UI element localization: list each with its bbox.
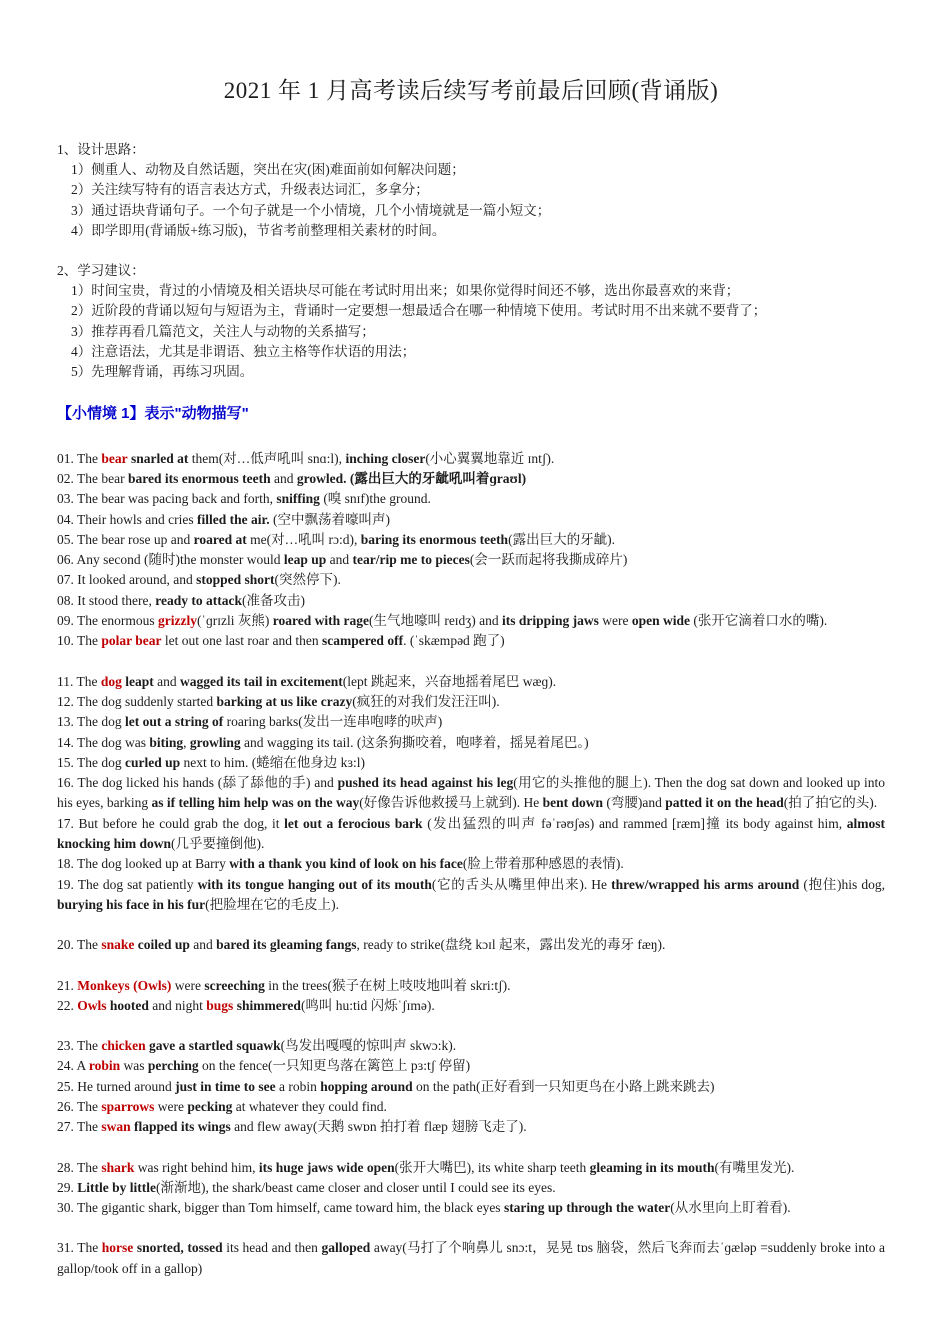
sentence-group: 01. The bear snarled at them(对…低声吼叫 snɑ:…: [57, 449, 885, 652]
sentence-item: 26. The sparrows were pecking at whateve…: [57, 1097, 885, 1117]
sentence-item: 21. Monkeys (Owls) were screeching in th…: [57, 976, 885, 996]
plain-text: in the trees(猴子在树上吱吱地叫着 skri:tʃ).: [265, 978, 511, 993]
section-item: 3）通过语块背诵句子。一个句子就是一个小情境，几个小情境就是一篇小短文；: [71, 201, 885, 221]
bold-phrase: tear/rip me to pieces: [353, 552, 470, 567]
bold-phrase: gleaming in its mouth: [590, 1160, 715, 1175]
intro-section: 2、学习建议：1）时间宝贵，背过的小情境及相关语块尽可能在考试时用出来；如果你觉…: [57, 261, 885, 382]
animal-keyword: horse: [102, 1240, 134, 1255]
plain-text: 28. The: [57, 1160, 101, 1175]
bold-phrase: perching: [148, 1058, 199, 1073]
bold-phrase: bent down: [543, 795, 603, 810]
bold-phrase: biting: [149, 735, 183, 750]
section-heading: 1、设计思路：: [57, 140, 885, 160]
plain-text: (鸣叫 hu:tid 闪烁ˈʃɪmə).: [301, 998, 435, 1013]
section-item: 5）先理解背诵，再练习巩固。: [71, 362, 885, 382]
plain-text: . (ˈskæmpəd 跑了): [403, 633, 505, 648]
bold-phrase: barking at us like crazy: [216, 694, 352, 709]
plain-text: 04. Their howls and cries: [57, 512, 197, 527]
plain-text: on the fence(一只知更鸟落在篱笆上 pɜ:tʃ 停留): [199, 1058, 471, 1073]
bold-phrase: hopping around: [320, 1079, 412, 1094]
plain-text: 15. The dog: [57, 755, 125, 770]
section-item: 4）即学即用(背诵版+练习版)，节省考前整理相关素材的时间。: [71, 221, 885, 241]
bold-phrase: filled the air.: [197, 512, 270, 527]
plain-text: (会一跃而起将我撕成碎片): [470, 552, 628, 567]
plain-text: 10. The: [57, 633, 101, 648]
animal-keyword: Owls: [77, 998, 106, 1013]
plain-text: 03. The bear was pacing back and forth,: [57, 491, 276, 506]
section-item: 1）时间宝贵，背过的小情境及相关语块尽可能在考试时用出来；如果你觉得时间还不够，…: [71, 281, 885, 301]
plain-text: were: [171, 978, 204, 993]
sentence-item: 09. The enormous grizzly(ˈɡrɪzli 灰熊) roa…: [57, 611, 885, 631]
plain-text: were: [599, 613, 632, 628]
plain-text: ,: [183, 735, 190, 750]
sentence-item: 16. The dog licked his hands (舔了舔他的手) an…: [57, 773, 885, 814]
sentence-item: 23. The chicken gave a startled squawk(鸟…: [57, 1036, 885, 1056]
bold-phrase: galloped: [321, 1240, 370, 1255]
bold-phrase: wagged its tail in excitement: [180, 674, 343, 689]
sentence-item: 28. The shark was right behind him, its …: [57, 1158, 885, 1178]
plain-text: 07. It looked around, and: [57, 572, 196, 587]
bold-phrase: open wide: [632, 613, 690, 628]
bold-phrase: its dripping jaws: [502, 613, 599, 628]
bold-phrase: stopped short: [196, 572, 274, 587]
plain-text: 14. The dog was: [57, 735, 149, 750]
sentence-item: 08. It stood there, ready to attack(准备攻击…: [57, 591, 885, 611]
bold-phrase: leap up: [284, 552, 326, 567]
plain-text: (拍了拍它的头).: [784, 795, 877, 810]
scenario-header: 【小情境 1】表示"动物描写": [57, 403, 885, 425]
plain-text: (ˈɡrɪzli 灰熊): [197, 613, 273, 628]
bold-phrase: curled up: [125, 755, 180, 770]
animal-keyword: bugs: [206, 998, 233, 1013]
intro-section: 1、设计思路：1）侧重人、动物及自然话题，突出在灾(困)难面前如何解决问题；2）…: [57, 140, 885, 241]
bold-phrase: flapped its wings: [134, 1119, 231, 1134]
bold-phrase: pecking: [187, 1099, 232, 1114]
sentence-item: 29. Little by little(渐渐地), the shark/bea…: [57, 1178, 885, 1198]
sentence-item: 30. The gigantic shark, bigger than Tom …: [57, 1198, 885, 1218]
animal-keyword: swan: [101, 1119, 130, 1134]
bold-phrase: patted it on the head: [665, 795, 784, 810]
bold-phrase: leapt: [125, 674, 154, 689]
plain-text: 01. The: [57, 451, 101, 466]
plain-text: was: [120, 1058, 148, 1073]
plain-text: on the path(正好看到一只知更鸟在小路上跳来跳去): [413, 1079, 715, 1094]
animal-keyword: Monkeys (Owls): [77, 978, 171, 993]
sentence-item: 05. The bear rose up and roared at me(对……: [57, 530, 885, 550]
plain-text: (准备攻击): [242, 593, 305, 608]
sentence-groups: 01. The bear snarled at them(对…低声吼叫 snɑ:…: [57, 449, 885, 1279]
plain-text: 17. But before he could grab the dog, it: [57, 816, 284, 831]
plain-text: 25. He turned around: [57, 1079, 175, 1094]
sentence-group: 23. The chicken gave a startled squawk(鸟…: [57, 1036, 885, 1137]
plain-text: 27. The: [57, 1119, 101, 1134]
bold-phrase: ready to attack: [155, 593, 242, 608]
section-item: 1）侧重人、动物及自然话题，突出在灾(困)难面前如何解决问题；: [71, 160, 885, 180]
animal-keyword: shark: [101, 1160, 134, 1175]
sentence-item: 19. The dog sat patiently with its tongu…: [57, 875, 885, 916]
plain-text: them(对…低声吼叫 snɑ:l),: [188, 451, 345, 466]
plain-text: next to him. (蜷缩在他身边 kɜ:l): [180, 755, 365, 770]
plain-text: (鸟发出嘎嘎的惊叫声 skwɔ:k).: [281, 1038, 457, 1053]
bold-phrase: roared at: [194, 532, 247, 547]
plain-text: its head and then: [223, 1240, 322, 1255]
bold-phrase: its huge jaws wide open: [259, 1160, 395, 1175]
bold-phrase: sniffing: [276, 491, 320, 506]
plain-text: (lept 跳起来，兴奋地摇着尾巴 wæɡ).: [343, 674, 556, 689]
plain-text: (疯狂的对我们发汪汪叫).: [352, 694, 499, 709]
bold-phrase: staring up through the water: [504, 1200, 670, 1215]
plain-text: (突然停下).: [274, 572, 340, 587]
plain-text: (发出猛烈的叫声 fəˈrəʊʃəs) and rammed [ræm]撞 it…: [423, 816, 847, 831]
intro-sections: 1、设计思路：1）侧重人、动物及自然话题，突出在灾(困)难面前如何解决问题；2）…: [57, 140, 885, 383]
plain-text: 29.: [57, 1180, 77, 1195]
sentence-group: 31. The horse snorted, tossed its head a…: [57, 1238, 885, 1279]
plain-text: 12. The dog suddenly started: [57, 694, 216, 709]
plain-text: 19. The dog sat patiently: [57, 877, 198, 892]
plain-text: (抱住)his dog,: [799, 877, 885, 892]
document-page: 2021 年 1 月高考读后续写考前最后回顾(背诵版) 1、设计思路：1）侧重人…: [0, 0, 942, 1334]
bold-phrase: snorted,: [137, 1240, 184, 1255]
plain-text: 26. The: [57, 1099, 101, 1114]
sentence-group: 20. The snake coiled up and bared its gl…: [57, 935, 885, 955]
sentence-item: 17. But before he could grab the dog, it…: [57, 814, 885, 855]
animal-keyword: polar bear: [101, 633, 161, 648]
bold-phrase: coiled up: [138, 937, 190, 952]
bold-phrase: shimmered: [237, 998, 301, 1013]
section-item-list: 1）时间宝贵，背过的小情境及相关语块尽可能在考试时用出来；如果你觉得时间还不够，…: [57, 281, 885, 382]
plain-text: and: [326, 552, 352, 567]
plain-text: (从水里向上盯着看).: [670, 1200, 790, 1215]
sentence-item: 10. The polar bear let out one last roar…: [57, 631, 885, 651]
section-item-list: 1）侧重人、动物及自然话题，突出在灾(困)难面前如何解决问题；2）关注续写特有的…: [57, 160, 885, 241]
plain-text: 09. The enormous: [57, 613, 158, 628]
bold-phrase: bared its enormous teeth: [128, 471, 271, 486]
plain-text: , ready to strike(盘绕 kɔɪl 起来，露出发光的毒牙 fæŋ…: [357, 937, 666, 952]
animal-keyword: robin: [89, 1058, 120, 1073]
plain-text: roaring barks(发出一连串咆哮的吠声): [223, 714, 442, 729]
plain-text: 30. The gigantic shark, bigger than Tom …: [57, 1200, 504, 1215]
animal-keyword: bear: [101, 451, 127, 466]
plain-text: (有嘴里发光).: [715, 1160, 795, 1175]
plain-text: (把脸埋在它的毛皮上).: [205, 897, 339, 912]
bold-phrase: scampered off: [322, 633, 403, 648]
plain-text: let out one last roar and then: [162, 633, 322, 648]
plain-text: (露出巨大的牙龇).: [508, 532, 615, 547]
plain-text: and: [190, 937, 216, 952]
sentence-group: 21. Monkeys (Owls) were screeching in th…: [57, 976, 885, 1017]
sentence-item: 18. The dog looked up at Barry with a th…: [57, 854, 885, 874]
sentence-item: 13. The dog let out a string of roaring …: [57, 712, 885, 732]
bold-phrase: screeching: [204, 978, 265, 993]
plain-text: 16. The dog licked his hands (舔了舔他的手) an…: [57, 775, 338, 790]
plain-text: were: [154, 1099, 187, 1114]
plain-text: 13. The dog: [57, 714, 125, 729]
sentence-item: 31. The horse snorted, tossed its head a…: [57, 1238, 885, 1279]
plain-text: (空中飘荡着嚎叫声): [270, 512, 390, 527]
sentence-item: 01. The bear snarled at them(对…低声吼叫 snɑ:…: [57, 449, 885, 469]
sentence-item: 07. It looked around, and stopped short(…: [57, 570, 885, 590]
plain-text: (它的舌头从嘴里伸出来). He: [432, 877, 611, 892]
bold-phrase: hooted: [110, 998, 149, 1013]
bold-phrase: threw/wrapped his arms around: [611, 877, 799, 892]
plain-text: (生气地嚎叫 reɪdʒ) and: [369, 613, 502, 628]
document-title: 2021 年 1 月高考读后续写考前最后回顾(背诵版): [57, 76, 885, 106]
bold-phrase: burying his face in his fur: [57, 897, 205, 912]
section-item: 3）推荐再看几篇范文，关注人与动物的关系描写；: [71, 322, 885, 342]
animal-keyword: chicken: [101, 1038, 145, 1053]
sentence-item: 11. The dog leapt and wagged its tail in…: [57, 672, 885, 692]
bold-phrase: growled. (露出巨大的牙龇吼叫着ɡraʊl): [297, 471, 526, 486]
plain-text: 21.: [57, 978, 77, 993]
bold-phrase: snarled at: [131, 451, 188, 466]
section-item: 2）关注续写特有的语言表达方式，升级表达词汇，多拿分；: [71, 180, 885, 200]
plain-text: 11. The: [57, 674, 101, 689]
sentence-item: 03. The bear was pacing back and forth, …: [57, 489, 885, 509]
bold-phrase: as if telling him help was on the way: [151, 795, 359, 810]
plain-text: 31. The: [57, 1240, 102, 1255]
bold-phrase: let out a string of: [125, 714, 223, 729]
bold-phrase: growling: [190, 735, 241, 750]
bold-phrase: bared its gleaming fangs: [216, 937, 356, 952]
animal-keyword: grizzly: [158, 613, 197, 628]
plain-text: (好像告诉他救援马上就到). He: [359, 795, 542, 810]
sentence-item: 14. The dog was biting, growling and wag…: [57, 733, 885, 753]
sentence-item: 04. Their howls and cries filled the air…: [57, 510, 885, 530]
sentence-item: 15. The dog curled up next to him. (蜷缩在他…: [57, 753, 885, 773]
plain-text: at whatever they could find.: [232, 1099, 386, 1114]
bold-phrase: just in time to see: [175, 1079, 275, 1094]
sentence-item: 12. The dog suddenly started barking at …: [57, 692, 885, 712]
bold-phrase: inching closer: [345, 451, 425, 466]
plain-text: 08. It stood there,: [57, 593, 155, 608]
sentence-group: 11. The dog leapt and wagged its tail in…: [57, 672, 885, 916]
plain-text: 23. The: [57, 1038, 101, 1053]
plain-text: 02. The bear: [57, 471, 128, 486]
plain-text: (脸上带着那种感恩的表情).: [463, 856, 624, 871]
animal-keyword: snake: [101, 937, 134, 952]
plain-text: 06. Any second (随时)the monster would: [57, 552, 284, 567]
bold-phrase: let out a ferocious bark: [284, 816, 422, 831]
section-heading: 2、学习建议：: [57, 261, 885, 281]
plain-text: and flew away(天鹅 swɒn 拍打着 flæp 翅膀飞走了).: [231, 1119, 527, 1134]
sentence-item: 24. A robin was perching on the fence(一只…: [57, 1056, 885, 1076]
bold-phrase: gave a startled squawk: [149, 1038, 281, 1053]
plain-text: 05. The bear rose up and: [57, 532, 194, 547]
bold-phrase: pushed its head against his leg: [338, 775, 514, 790]
animal-keyword: sparrows: [101, 1099, 154, 1114]
bold-phrase: roared with rage: [273, 613, 369, 628]
sentence-item: 06. Any second (随时)the monster would lea…: [57, 550, 885, 570]
bold-phrase: baring its enormous teeth: [361, 532, 508, 547]
plain-text: a robin: [276, 1079, 321, 1094]
plain-text: 22.: [57, 998, 77, 1013]
plain-text: and: [154, 674, 180, 689]
plain-text: (小心翼翼地靠近 ɪntʃ).: [425, 451, 554, 466]
bold-phrase: with its tongue hanging out of its mouth: [198, 877, 432, 892]
plain-text: me(对…吼叫 rɔ:d),: [247, 532, 361, 547]
plain-text: (嗅 snɪf)the ground.: [320, 491, 431, 506]
plain-text: (张开它滴着口水的嘴).: [690, 613, 827, 628]
bold-phrase: Little by little: [77, 1180, 156, 1195]
sentence-item: 20. The snake coiled up and bared its gl…: [57, 935, 885, 955]
plain-text: and wagging its tail. (这条狗撕咬着，咆哮着，摇晃着尾巴。…: [241, 735, 589, 750]
plain-text: (渐渐地), the shark/beast came closer and c…: [156, 1180, 556, 1195]
section-item: 2）近阶段的背诵以短句与短语为主，背诵时一定要想一想最适合在哪一种情境下使用。考…: [71, 301, 885, 321]
plain-text: and: [271, 471, 297, 486]
sentence-item: 02. The bear bared its enormous teeth an…: [57, 469, 885, 489]
plain-text: was right behind him,: [134, 1160, 259, 1175]
plain-text: 18. The dog looked up at Barry: [57, 856, 229, 871]
plain-text: 24. A: [57, 1058, 89, 1073]
sentence-item: 22. Owls hooted and night bugs shimmered…: [57, 996, 885, 1016]
plain-text: (弯腰)and: [603, 795, 665, 810]
sentence-item: 27. The swan flapped its wings and flew …: [57, 1117, 885, 1137]
sentence-item: 25. He turned around just in time to see…: [57, 1077, 885, 1097]
section-item: 4）注意语法，尤其是非谓语、独立主格等作状语的用法；: [71, 342, 885, 362]
plain-text: 20. The: [57, 937, 101, 952]
plain-text: (几乎要撞倒他).: [171, 836, 264, 851]
bold-phrase: tossed: [187, 1240, 222, 1255]
animal-keyword: dog: [101, 674, 122, 689]
bold-phrase: with a thank you kind of look on his fac…: [229, 856, 463, 871]
plain-text: and night: [149, 998, 206, 1013]
plain-text: (张开大嘴巴), its white sharp teeth: [395, 1160, 590, 1175]
sentence-group: 28. The shark was right behind him, its …: [57, 1158, 885, 1219]
